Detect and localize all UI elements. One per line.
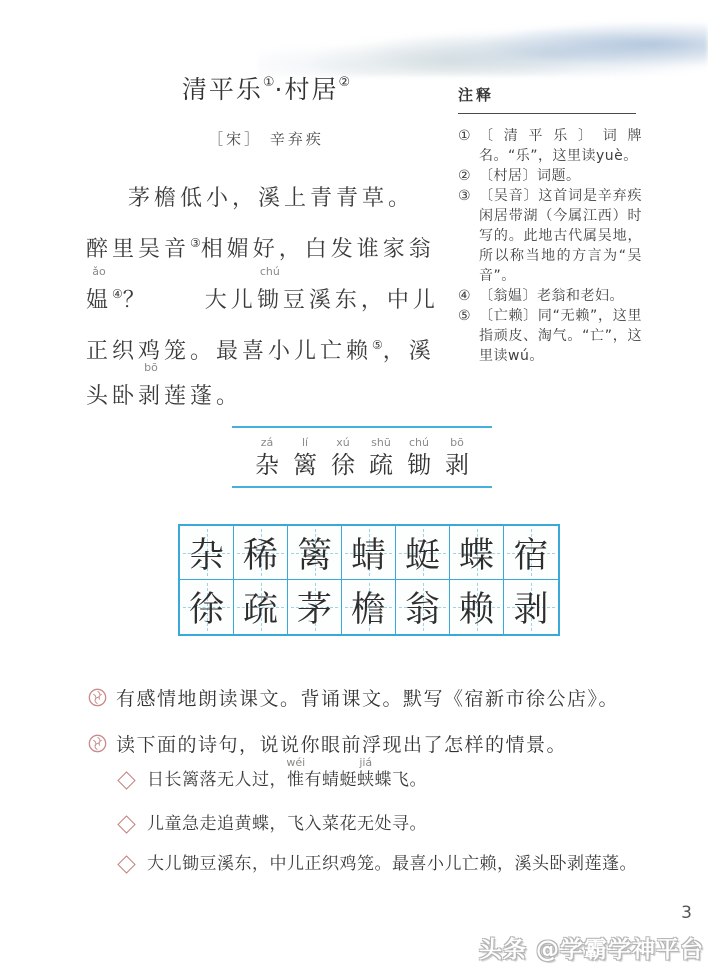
verse-segment: 有蜻蜓 — [305, 770, 358, 790]
pinyin-label: xú — [336, 436, 349, 450]
diamond-bullet-icon — [117, 771, 135, 789]
verse-segment: 蝶飞。 — [375, 770, 428, 790]
annotation-item-4: ④〔翁媪〕老翁和老妇。 — [458, 286, 642, 306]
flower-stamp-icon — [88, 688, 107, 707]
poem-text: 相媚好，白发谁家翁 — [201, 237, 435, 262]
poem-text: 锄 — [257, 288, 283, 313]
grid-cell: 茅 — [288, 580, 342, 634]
character-writing-grid: 杂 稀 篱 蜻 蜓 蝶 宿 徐 疏 茅 檐 翁 赖 剥 — [178, 524, 560, 636]
poem-body: 茅檐低小，溪上青青草。 醉里吴音③相媚好，白发谁家翁 ǎo媪④？大儿chú锄豆溪… — [86, 176, 452, 419]
footnote-ref-5: ⑤ — [372, 338, 383, 352]
verse-segment: 日长篱落无人过， — [147, 770, 287, 790]
annotation-text: 〔清平乐〕词牌名。“乐”，这里读yuè。 — [479, 128, 642, 164]
watercolor-mountain-decoration — [258, 4, 708, 76]
verse-text: 日长篱落无人过，wéi惟有蜻蜓jiá蛱蝶飞。 — [147, 768, 427, 792]
vocab-entry: xú徐 — [326, 436, 360, 480]
title-sub: 村居 — [284, 75, 338, 104]
grid-cell: 翁 — [396, 580, 450, 634]
grid-character: 蝶 — [459, 528, 494, 578]
diamond-bullet-icon — [117, 855, 135, 873]
verse-item-1: 日长篱落无人过，wéi惟有蜻蜓jiá蛱蝶飞。 — [120, 768, 680, 792]
exercise-item-2: 读下面的诗句，说说你眼前浮现出了怎样的情景。 — [88, 732, 648, 758]
verse-item-2: 儿童急走追黄蝶，飞入菜花无处寻。 — [120, 812, 680, 836]
verse-segment: 蛱 — [357, 770, 375, 790]
poem-text: 莲蓬。 — [164, 384, 242, 409]
grid-cell: 檐 — [342, 580, 396, 634]
page-number: 3 — [681, 903, 692, 923]
exercise-item-1: 有感情地朗读课文。背诵课文。默写《宿新市徐公店》。 — [88, 686, 648, 712]
ruby-char-bo: bō剥 — [138, 374, 164, 419]
ruby-char-chu: chú锄 — [257, 278, 283, 323]
pinyin-label: shū — [371, 436, 391, 450]
pinyin-label: ǎo — [92, 266, 105, 277]
vocab-entry: zá杂 — [250, 436, 284, 480]
verse-segment: 惟 — [287, 770, 305, 790]
grid-character: 翁 — [405, 582, 440, 632]
annotation-number: ② — [458, 166, 471, 186]
grid-character: 徐 — [189, 582, 224, 632]
pinyin-label: jiá — [359, 757, 372, 768]
vocab-entry: chú锄 — [402, 436, 436, 480]
annotation-text: 〔翁媪〕老翁和老妇。 — [479, 288, 624, 304]
title-main: 清平乐 — [182, 75, 263, 104]
annotation-item-5: ⑤〔亡赖〕同“无赖”，这里指顽皮、淘气。“亡”，这里读wú。 — [458, 306, 642, 366]
poem-text: 剥 — [138, 384, 164, 409]
vocab-character: 锄 — [407, 450, 431, 480]
title-separator: · — [275, 75, 285, 104]
footnote-ref-4: ④ — [112, 287, 123, 301]
vocab-character: 剥 — [445, 450, 469, 480]
vocab-character: 篱 — [293, 450, 317, 480]
grid-cell: 徐 — [180, 580, 234, 634]
poem-text: ？ — [123, 288, 149, 313]
vocab-character: 徐 — [331, 450, 355, 480]
poem-text: 豆溪东，中儿 — [283, 288, 439, 313]
grid-cell: 疏 — [234, 580, 288, 634]
grid-cell: 赖 — [450, 580, 504, 634]
grid-cell: 稀 — [234, 526, 288, 580]
grid-character: 宿 — [513, 528, 548, 578]
poem-line-1: 茅檐低小，溪上青青草。 — [86, 176, 452, 221]
ruby-char-ao: ǎo媪 — [86, 278, 112, 323]
grid-character: 剥 — [513, 582, 548, 632]
vocab-character: 疏 — [369, 450, 393, 480]
annotation-text: 〔吴音〕这首词是辛弃疾闲居带湖（今属江西）时写的。此地古代属吴地，所以称当地的方… — [479, 188, 642, 284]
annotations-header: 注释 — [458, 84, 642, 105]
footnote-ref-2: ② — [338, 75, 350, 90]
grid-character: 杂 — [189, 528, 224, 578]
diamond-bullet-icon — [117, 815, 135, 833]
grid-cell: 蝶 — [450, 526, 504, 580]
grid-cell: 蜓 — [396, 526, 450, 580]
vocab-entry: shū疏 — [364, 436, 398, 480]
grid-character: 檐 — [351, 582, 386, 632]
ruby-char-jia: jiá蛱 — [357, 768, 375, 792]
pinyin-label: chú — [260, 266, 280, 277]
grid-cell: 篱 — [288, 526, 342, 580]
pinyin-label: bō — [144, 362, 158, 373]
lesson-title: 清平乐①·村居② — [86, 70, 446, 106]
grid-cell: 蜻 — [342, 526, 396, 580]
vocab-entry: lí篱 — [288, 436, 322, 480]
annotation-number: ④ — [458, 286, 471, 306]
annotation-item-3: ③〔吴音〕这首词是辛弃疾闲居带湖（今属江西）时写的。此地古代属吴地，所以称当地的… — [458, 186, 642, 286]
poem-line-4: 正织鸡笼。最喜小儿亡赖⑤，溪 — [86, 323, 452, 374]
annotations-column: 注释 ①〔清平乐〕词牌名。“乐”，这里读yuè。 ②〔村居〕词题。 ③〔吴音〕这… — [458, 84, 642, 366]
verse-item-3: 大儿锄豆溪东，中儿正织鸡笼。最喜小儿亡赖，溪头卧剥莲蓬。 — [120, 852, 680, 876]
author-line: ［宋］ 辛弃疾 — [86, 128, 446, 149]
poem-text: 醉里吴音 — [86, 237, 190, 262]
grid-character: 蜻 — [351, 528, 386, 578]
poem-text: ，溪 — [383, 339, 435, 364]
footnote-ref-3: ③ — [190, 236, 201, 250]
grid-character: 疏 — [243, 582, 278, 632]
poem-line-5: 头卧bō剥莲蓬。 — [86, 374, 452, 419]
poem-text: 茅檐低小，溪上青青草。 — [128, 186, 414, 211]
annotation-number: ③ — [458, 186, 471, 206]
grid-cell: 宿 — [504, 526, 558, 580]
pinyin-label: bō — [450, 436, 464, 450]
annotation-number: ① — [458, 126, 471, 146]
pinyin-label: zá — [261, 436, 274, 450]
annotation-item-2: ②〔村居〕词题。 — [458, 166, 642, 186]
footnote-ref-1: ① — [263, 75, 275, 90]
pinyin-label: chú — [409, 436, 429, 450]
grid-character: 稀 — [243, 528, 278, 578]
exercise-text: 读下面的诗句，说说你眼前浮现出了怎样的情景。 — [116, 732, 567, 758]
grid-character: 赖 — [459, 582, 494, 632]
new-words-list: zá杂 lí篱 xú徐 shū疏 chú锄 bō剥 — [250, 436, 474, 480]
poem-text: 媪 — [86, 288, 112, 313]
exercise-text: 有感情地朗读课文。背诵课文。默写《宿新市徐公店》。 — [116, 686, 619, 712]
verse-text: 儿童急走追黄蝶，飞入菜花无处寻。 — [147, 812, 427, 836]
annotation-item-1: ①〔清平乐〕词牌名。“乐”，这里读yuè。 — [458, 126, 642, 166]
vocab-entry: bō剥 — [440, 436, 474, 480]
textbook-page: 清平乐①·村居② ［宋］ 辛弃疾 茅檐低小，溪上青青草。 醉里吴音③相媚好，白发… — [0, 0, 708, 970]
annotation-text: 〔村居〕词题。 — [479, 168, 581, 184]
pinyin-label: lí — [302, 436, 308, 450]
poem-text: 正织鸡笼。最喜小儿亡赖 — [86, 339, 372, 364]
grid-character: 篱 — [297, 528, 332, 578]
pinyin-label: wéi — [286, 757, 305, 768]
new-words-band: zá杂 lí篱 xú徐 shū疏 chú锄 bō剥 — [232, 426, 492, 488]
vocab-character: 杂 — [255, 450, 279, 480]
annotation-number: ⑤ — [458, 306, 471, 326]
poem-text: 头卧 — [86, 384, 138, 409]
watermark-text: 头条 @学霸学神平台 — [479, 931, 704, 964]
poem-text: 大儿 — [205, 288, 257, 313]
grid-character: 蜓 — [405, 528, 440, 578]
grid-cell: 剥 — [504, 580, 558, 634]
grid-character: 茅 — [297, 582, 332, 632]
annotations-divider — [458, 113, 636, 114]
verse-text: 大儿锄豆溪东，中儿正织鸡笼。最喜小儿亡赖，溪头卧剥莲蓬。 — [147, 852, 637, 876]
flower-stamp-icon — [88, 734, 107, 753]
ruby-char-wei: wéi惟 — [287, 768, 305, 792]
grid-cell: 杂 — [180, 526, 234, 580]
annotation-text: 〔亡赖〕同“无赖”，这里指顽皮、淘气。“亡”，这里读wú。 — [479, 308, 642, 364]
poem-line-3: ǎo媪④？大儿chú锄豆溪东，中儿 — [86, 272, 452, 323]
